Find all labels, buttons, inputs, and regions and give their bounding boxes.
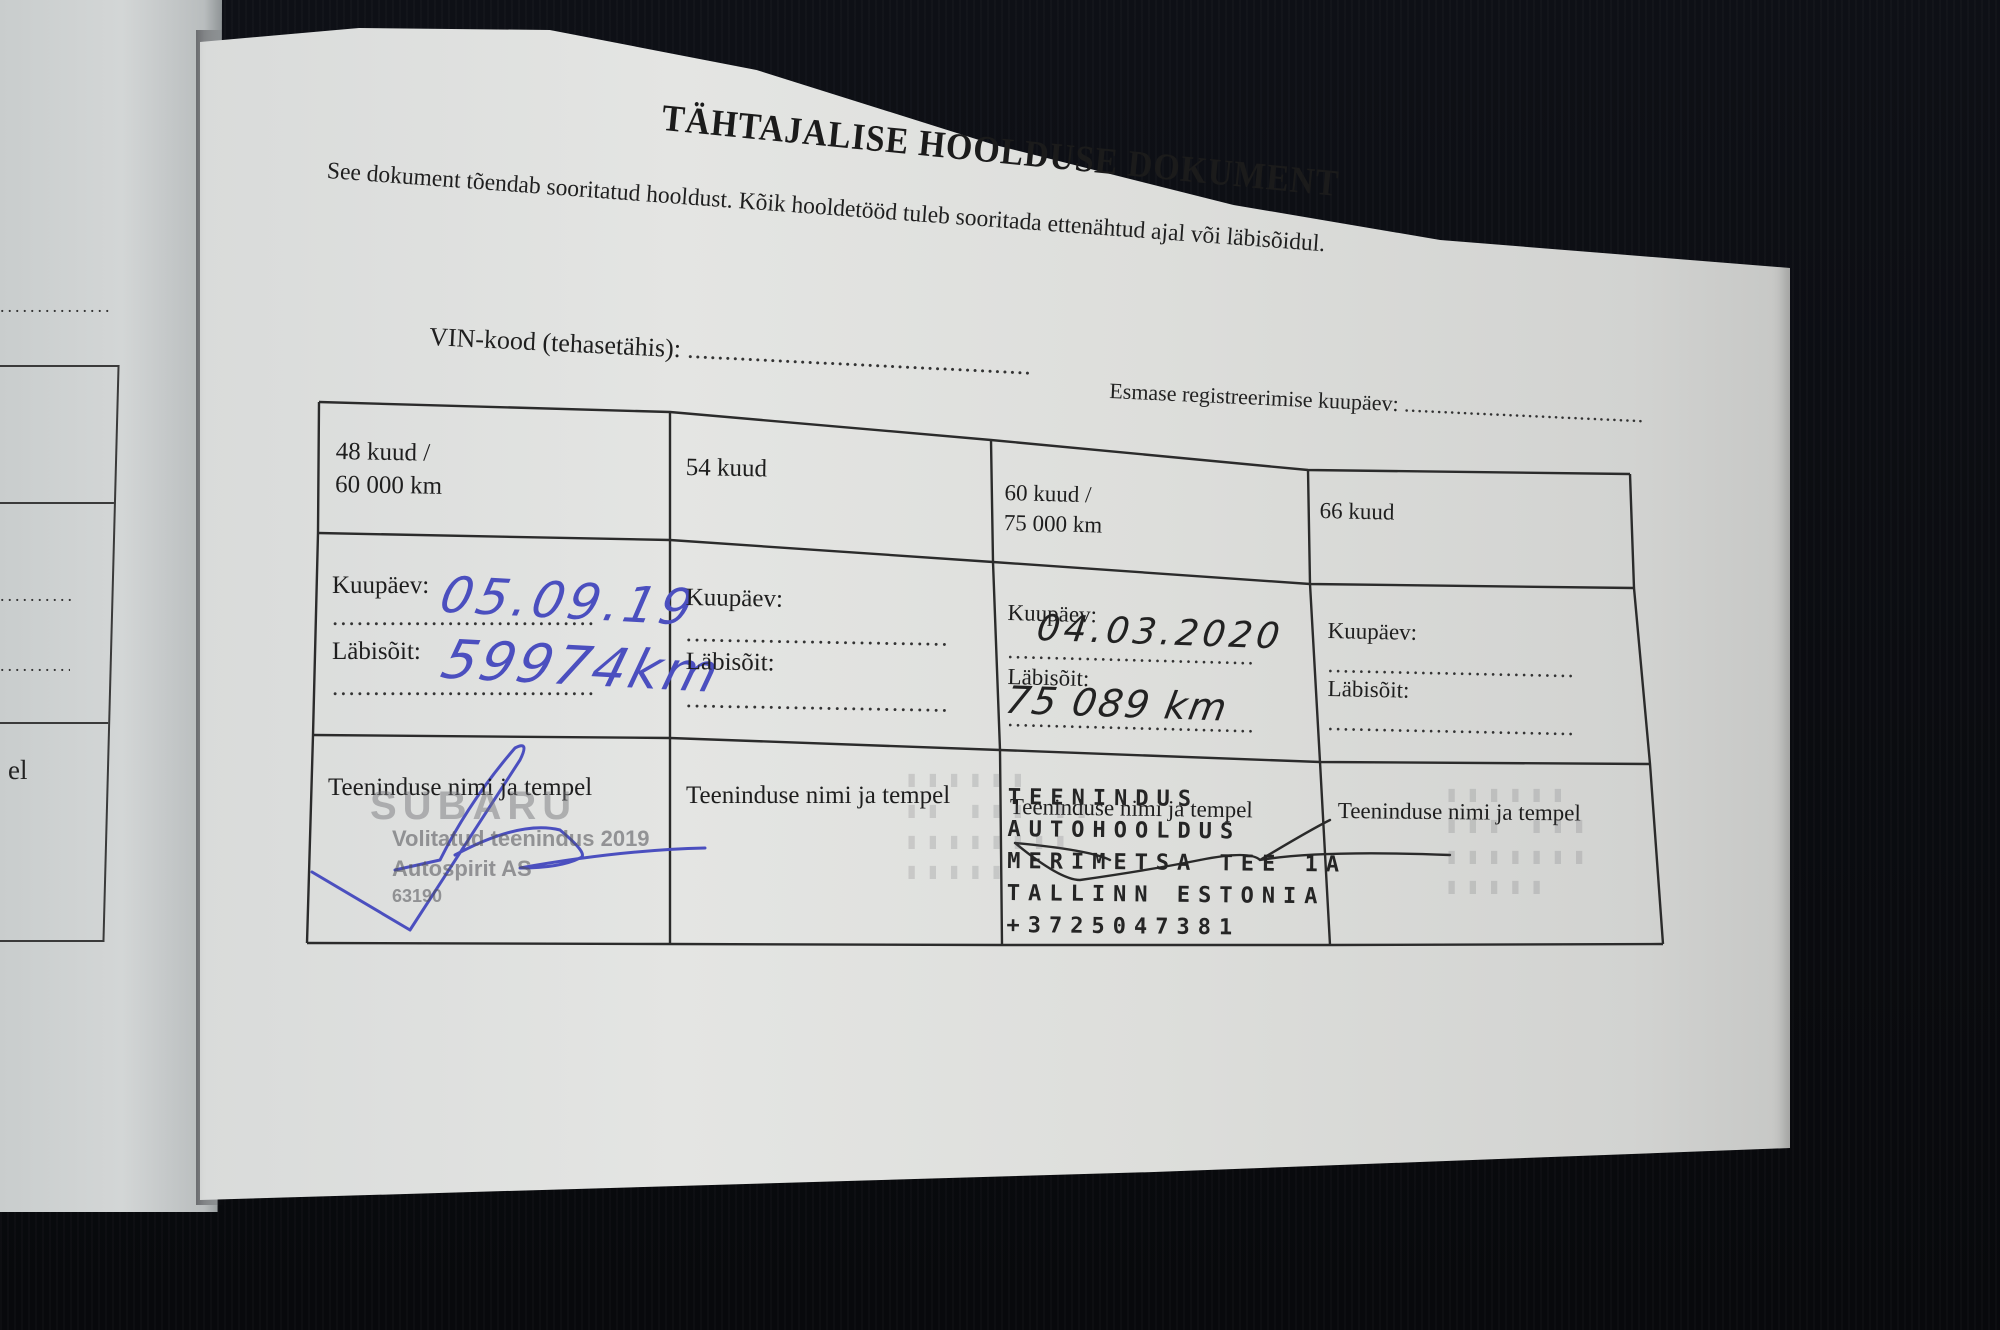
mileage-dots: ................................ [685, 684, 950, 721]
interval-60-months: 60 kuud / 75 000 km [1003, 478, 1103, 540]
interval-label: 54 kuud [685, 452, 767, 486]
service-table-grid [0, 0, 2000, 1330]
interval-label: 60 kuud / [1004, 478, 1103, 510]
stamp-line: AUTOHOOLDUS [1007, 814, 1347, 849]
stamp-line: +3725047381 [1006, 910, 1346, 945]
handwritten-date[interactable]: 04.03.2020 [1034, 608, 1286, 657]
service-document: TÄHTAJALISE HOOLDUSE DOKUMENT See dokume… [0, 0, 2000, 1330]
handwritten-mileage[interactable]: 75 089 km [1002, 678, 1232, 730]
interval-66-months: 66 kuud [1319, 496, 1394, 527]
interval-km: 75 000 km [1003, 508, 1102, 540]
table-right-border [1630, 474, 1663, 944]
date-label: Kuupäev: [685, 582, 783, 616]
service-stamp: TEENINDUS AUTOHOOLDUS MERIMETSA TEE 1A T… [1006, 782, 1348, 945]
interval-km: 60 000 km [335, 468, 443, 502]
mileage-label: Läbisõit: [685, 646, 774, 680]
stamp-line: Autospirit AS [392, 856, 532, 882]
stamp-line: TEENINDUS [1008, 782, 1348, 817]
stamp-line: TALLINN ESTONIA [1007, 878, 1347, 913]
table-left-border [307, 402, 319, 943]
subaru-logo-stamp: SUBARU [370, 784, 577, 829]
mileage-label: Läbisõit: [332, 636, 421, 669]
table-bottom-border [307, 943, 1663, 945]
mileage-label: Läbisõit: [1327, 674, 1409, 706]
show-through-stamp: ▮▮▮▮▮▮▮▮▮ ▮▮▮▮▮▮▮▮▮▮▮▮▮▮▮ [1445, 780, 1594, 903]
interval-label: 66 kuud [1319, 496, 1394, 527]
stamp-line: Volitatud teenindus 2019 [392, 826, 650, 852]
interval-48-months: 48 kuud / 60 000 km [335, 436, 443, 503]
table-top-border [319, 402, 1630, 474]
stamp-line: 63190 [392, 886, 442, 907]
stamp-line: MERIMETSA TEE 1A [1007, 846, 1347, 881]
interval-54-months: 54 kuud [685, 452, 767, 486]
mileage-dots: ................................ [1327, 708, 1576, 743]
date-label: Kuupäev: [1327, 616, 1417, 648]
interval-label: 48 kuud / [335, 436, 443, 470]
date-label: Kuupäev: [332, 570, 429, 603]
